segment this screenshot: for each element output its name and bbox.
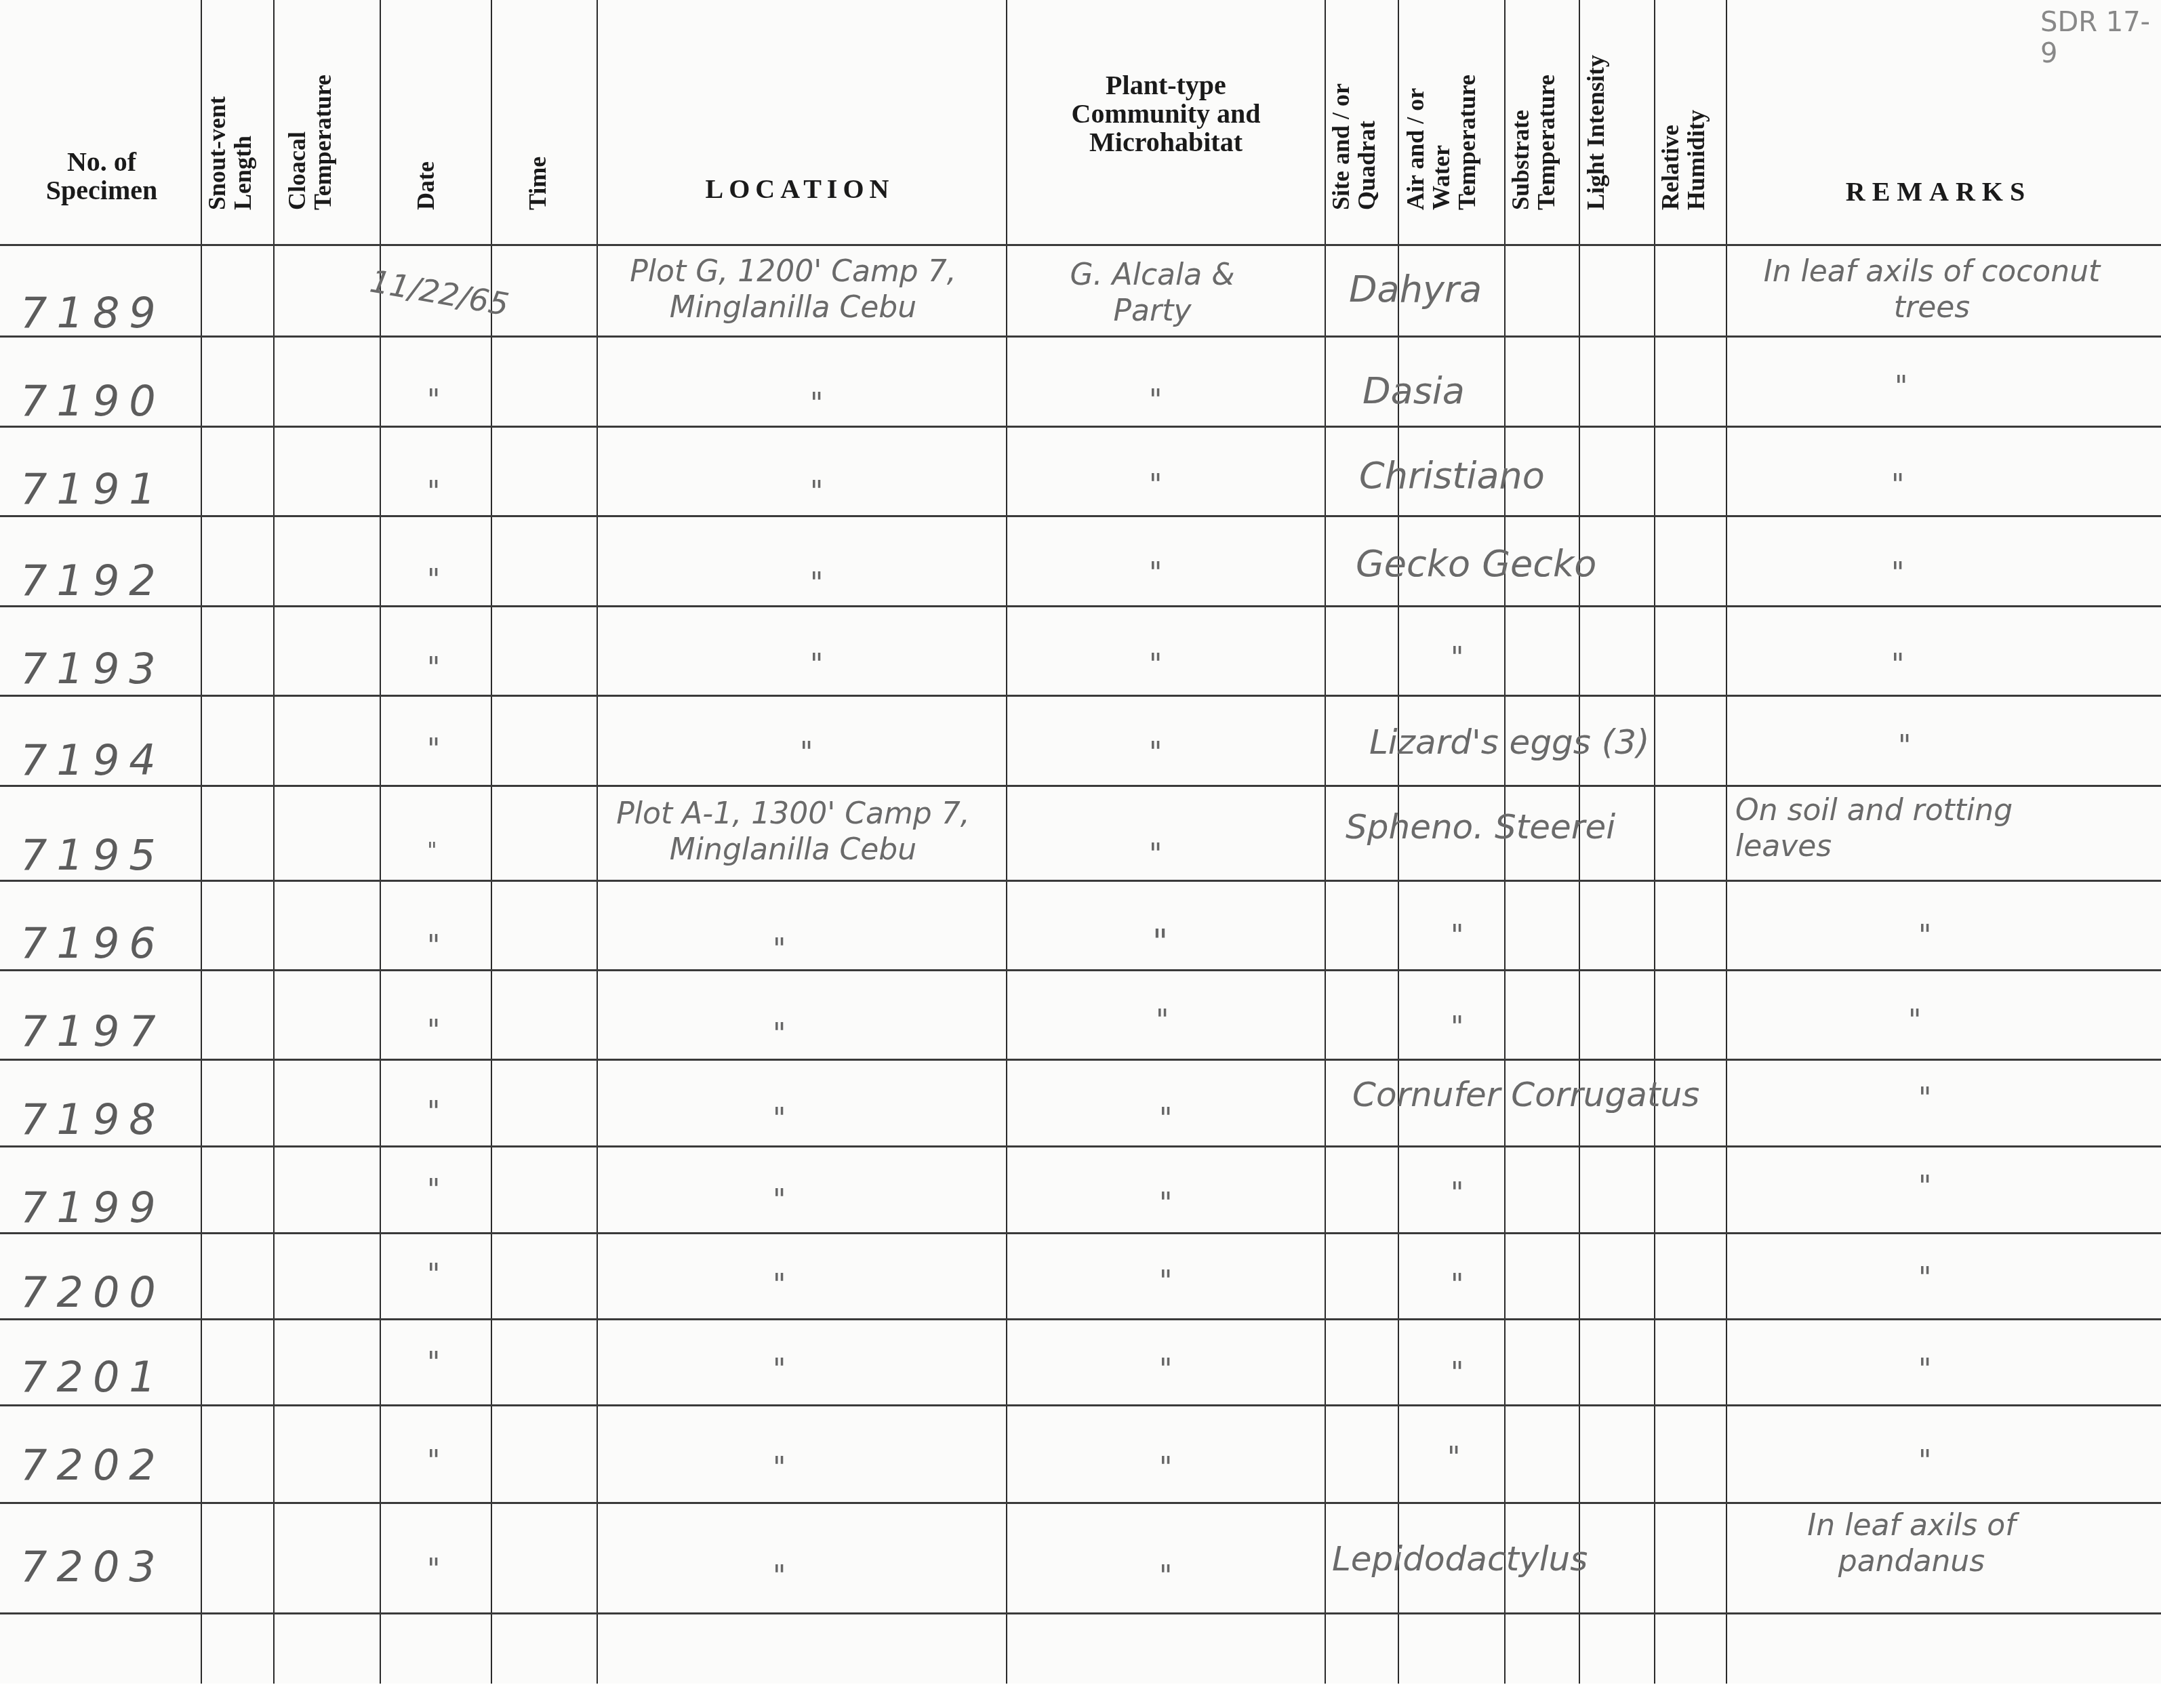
location-value: Plot G, 1200' Camp 7, Minglanilla Cebu <box>603 254 983 326</box>
col-line <box>597 0 598 1684</box>
date-ditto: " <box>427 563 440 596</box>
plant-type-ditto: " <box>1149 647 1162 680</box>
specimen-number: 7199 <box>20 1183 165 1232</box>
location-ditto: " <box>800 735 813 769</box>
row-line <box>0 785 2161 787</box>
header-humidity: Relative Humidity <box>1658 27 1722 210</box>
remarks-value: In leaf axils of pandanus <box>1735 1508 2088 1580</box>
remarks-value: On soil and rotting leaves <box>1735 793 2088 865</box>
header-specimen: No. of Specimen <box>27 148 176 205</box>
date-ditto: " <box>427 732 440 765</box>
site-ditto: " <box>1447 1440 1460 1473</box>
location-ditto: " <box>773 1267 786 1301</box>
date-value: 11/22/65 <box>367 262 512 323</box>
col-line <box>201 0 202 1684</box>
date-ditto: " <box>427 383 440 416</box>
row-line <box>0 515 2161 517</box>
site-ditto: " <box>1451 918 1463 952</box>
specimen-number: 7203 <box>20 1542 165 1591</box>
col-line <box>1726 0 1727 1684</box>
remarks-ditto: " <box>1891 556 1904 589</box>
col-line <box>273 0 275 1684</box>
date-ditto: " <box>427 837 437 863</box>
location-ditto: " <box>810 474 823 508</box>
plant-type-ditto: " <box>1156 1003 1169 1036</box>
location-ditto: " <box>810 566 823 599</box>
date-ditto: " <box>427 1095 440 1128</box>
specimen-number: 7190 <box>20 376 165 426</box>
date-ditto: " <box>427 651 440 684</box>
specimen-number: 7191 <box>20 464 165 514</box>
site-value: Spheno. Steerei <box>1346 807 1615 847</box>
plant-type-ditto: " <box>1149 383 1162 416</box>
site-value: Cornufer Corrugatus <box>1352 1074 1699 1115</box>
form-reference: SDR 17-9 <box>2040 7 2161 69</box>
remarks-ditto: " <box>1895 369 1907 403</box>
date-ditto: " <box>427 1444 440 1477</box>
row-line <box>0 1059 2161 1061</box>
plant-type-ditto: " <box>1159 1101 1172 1135</box>
date-ditto: " <box>427 1257 440 1290</box>
plant-type-value: G. Alcala & Party <box>1030 258 1274 329</box>
header-date: Date <box>413 115 447 210</box>
remarks-ditto: " <box>1918 1352 1931 1385</box>
plant-type-ditto: " <box>1149 837 1162 870</box>
plant-type-ditto: " <box>1149 468 1162 501</box>
col-line <box>491 0 492 1684</box>
row-line <box>0 969 2161 971</box>
row-line <box>0 1612 2161 1614</box>
header-site: Site and / or Quadrat <box>1329 27 1390 210</box>
remarks-ditto: " <box>1918 1261 1931 1294</box>
date-ditto: " <box>427 474 440 508</box>
location-ditto: " <box>810 647 823 680</box>
location-value: Plot A-1, 1300' Camp 7, Minglanilla Cebu <box>603 796 983 868</box>
remarks-ditto: " <box>1918 1444 1931 1477</box>
col-line <box>1654 0 1655 1684</box>
site-value: Dahyra <box>1349 268 1482 312</box>
specimen-number: 7197 <box>20 1006 165 1056</box>
row-line <box>0 695 2161 697</box>
remarks-ditto: " <box>1918 1081 1931 1114</box>
plant-type-ditto: " <box>1159 1559 1172 1592</box>
location-ditto: " <box>810 386 823 420</box>
site-ditto: " <box>1451 1267 1463 1301</box>
date-ditto: " <box>427 1013 440 1046</box>
location-ditto: " <box>773 1017 786 1050</box>
location-ditto: " <box>773 1559 786 1592</box>
specimen-number: 7192 <box>20 556 165 605</box>
remarks-ditto: " <box>1918 1169 1931 1202</box>
header-plant-type: Plant-type Community and Microhabitat <box>1057 71 1274 157</box>
specimen-number: 7195 <box>20 830 165 880</box>
specimen-number: 7193 <box>20 644 165 693</box>
specimen-number: 7202 <box>20 1440 165 1490</box>
header-air-water: Air and / or Water Temperature <box>1403 27 1498 210</box>
location-ditto: " <box>773 1101 786 1135</box>
header-remarks: REMARKS <box>1735 178 2142 206</box>
location-ditto: " <box>773 1183 786 1216</box>
site-ditto: " <box>1451 1176 1463 1209</box>
header-substrate: Substrate Temperature <box>1508 27 1573 210</box>
specimen-number: 7201 <box>20 1352 165 1402</box>
col-line <box>380 0 381 1684</box>
site-value: Gecko Gecko <box>1356 542 1596 586</box>
site-ditto: " <box>1451 1010 1463 1043</box>
row-line <box>0 1318 2161 1320</box>
site-value: Lizard's eggs (3) <box>1369 722 1650 762</box>
site-ditto: " <box>1451 1356 1463 1389</box>
site-value: Dasia <box>1362 369 1465 413</box>
location-ditto: " <box>773 1450 786 1484</box>
remarks-ditto: " <box>1908 1003 1921 1036</box>
date-ditto: " <box>427 1345 440 1379</box>
row-line <box>0 1404 2161 1406</box>
date-ditto: " <box>427 929 440 962</box>
row-line <box>0 426 2161 428</box>
row-line <box>0 880 2161 882</box>
remarks-ditto: " <box>1918 918 1931 952</box>
row-line <box>0 1502 2161 1504</box>
location-ditto: " <box>773 932 786 965</box>
site-value: Christiano <box>1359 454 1545 498</box>
col-line <box>1325 0 1326 1684</box>
plant-type-ditto: " <box>1159 1264 1172 1297</box>
plant-type-ditto: " <box>1152 922 1168 961</box>
plant-type-ditto: " <box>1159 1450 1172 1484</box>
site-value: Lepidodactylus <box>1332 1539 1588 1579</box>
header-divider <box>0 244 2161 246</box>
location-ditto: " <box>773 1352 786 1385</box>
specimen-number: 7189 <box>20 288 165 338</box>
specimen-number: 7200 <box>20 1267 165 1317</box>
row-line <box>0 335 2161 338</box>
specimen-data-sheet: No. of Specimen Snout-vent Length Cloaca… <box>0 0 2161 1684</box>
date-ditto: " <box>427 1173 440 1206</box>
header-cloacal: Cloacal Temperature <box>285 27 346 210</box>
remarks-ditto: " <box>1891 647 1904 680</box>
row-line <box>0 1232 2161 1234</box>
plant-type-ditto: " <box>1149 556 1162 589</box>
header-time: Time <box>525 115 559 210</box>
specimen-number: 7194 <box>20 735 165 785</box>
plant-type-ditto: " <box>1159 1186 1172 1219</box>
remarks-value: In leaf axils of coconut trees <box>1749 254 2115 326</box>
header-snout-vent: Snout-vent Length <box>205 27 266 210</box>
specimen-number: 7196 <box>20 918 165 968</box>
plant-type-ditto: " <box>1159 1352 1172 1385</box>
header-light: Light Intensity <box>1583 27 1648 210</box>
plant-type-ditto: " <box>1149 735 1162 769</box>
remarks-ditto: " <box>1898 729 1911 762</box>
specimen-number: 7198 <box>20 1095 165 1144</box>
remarks-ditto: " <box>1891 468 1904 501</box>
site-ditto: " <box>1451 640 1463 674</box>
row-line <box>0 1145 2161 1147</box>
date-ditto: " <box>427 1552 440 1585</box>
row-line <box>0 605 2161 607</box>
col-line <box>1006 0 1007 1684</box>
header-location: LOCATION <box>610 175 990 203</box>
